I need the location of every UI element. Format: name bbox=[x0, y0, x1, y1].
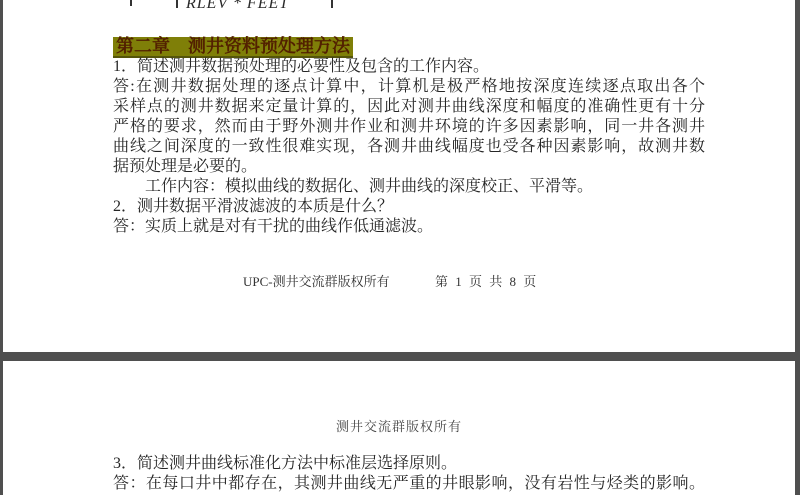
page-2-body: 3．简述测井曲线标准化方法中标准层选择原则。 答：在每口井中都存在，其测井曲线无… bbox=[113, 454, 705, 494]
chapter-heading: 第二章 测井资料预处理方法 bbox=[113, 37, 353, 58]
formula-bracket-fragment bbox=[130, 0, 132, 6]
footer-page-number: 第 1 页 共 8 页 bbox=[435, 271, 538, 290]
formula-denominator-text: RLEV * FEET bbox=[186, 0, 289, 15]
body-line: 严格的要求，然而由于野外测井作业和测井环境的许多因素影响，同一井各测井 bbox=[113, 117, 705, 137]
body-line: 答：实质上就是对有干扰的曲线作低通滤波。 bbox=[113, 217, 705, 237]
body-line: 1．简述测井数据预处理的必要性及包含的工作内容。 bbox=[113, 57, 705, 77]
body-line: 答：在每口井中都存在，其测井曲线无严重的井眼影响，没有岩性与烃类的影响。 bbox=[113, 474, 705, 494]
body-line: 采样点的测井数据来定量计算的，因此对测井曲线深度和幅度的准确性更有十分 bbox=[113, 97, 705, 117]
body-line: 曲线之间深度的一致性很难实现，各测井曲线幅度也受各种因素影响，故测井数 bbox=[113, 137, 705, 157]
formula-paren-fragment bbox=[331, 0, 333, 8]
page-1-footer: UPC-测井交流群版权所有 第 1 页 共 8 页 bbox=[113, 271, 705, 287]
body-line: 工作内容：模拟曲线的数据化、测井曲线的深度校正、平滑等。 bbox=[113, 177, 705, 197]
body-line: 2．测井数据平滑波滤波的本质是什么？ bbox=[113, 197, 705, 217]
footer-copyright: UPC-测井交流群版权所有 bbox=[243, 271, 390, 290]
formula-paren-fragment bbox=[176, 0, 178, 8]
page-1-body: 1．简述测井数据预处理的必要性及包含的工作内容。 答:在测井数据处理的逐点计算中… bbox=[113, 57, 705, 237]
body-line: 据预处理是必要的。 bbox=[113, 157, 705, 177]
body-line: 答:在测井数据处理的逐点计算中，计算机是极严格地按深度连续逐点取出各个 bbox=[113, 77, 705, 97]
page-break-separator bbox=[0, 352, 800, 361]
page-right-border bbox=[795, 0, 800, 495]
body-line: 3．简述测井曲线标准化方法中标准层选择原则。 bbox=[113, 454, 705, 474]
page-2-header-copyright: 测井交流群版权所有 bbox=[3, 416, 795, 435]
